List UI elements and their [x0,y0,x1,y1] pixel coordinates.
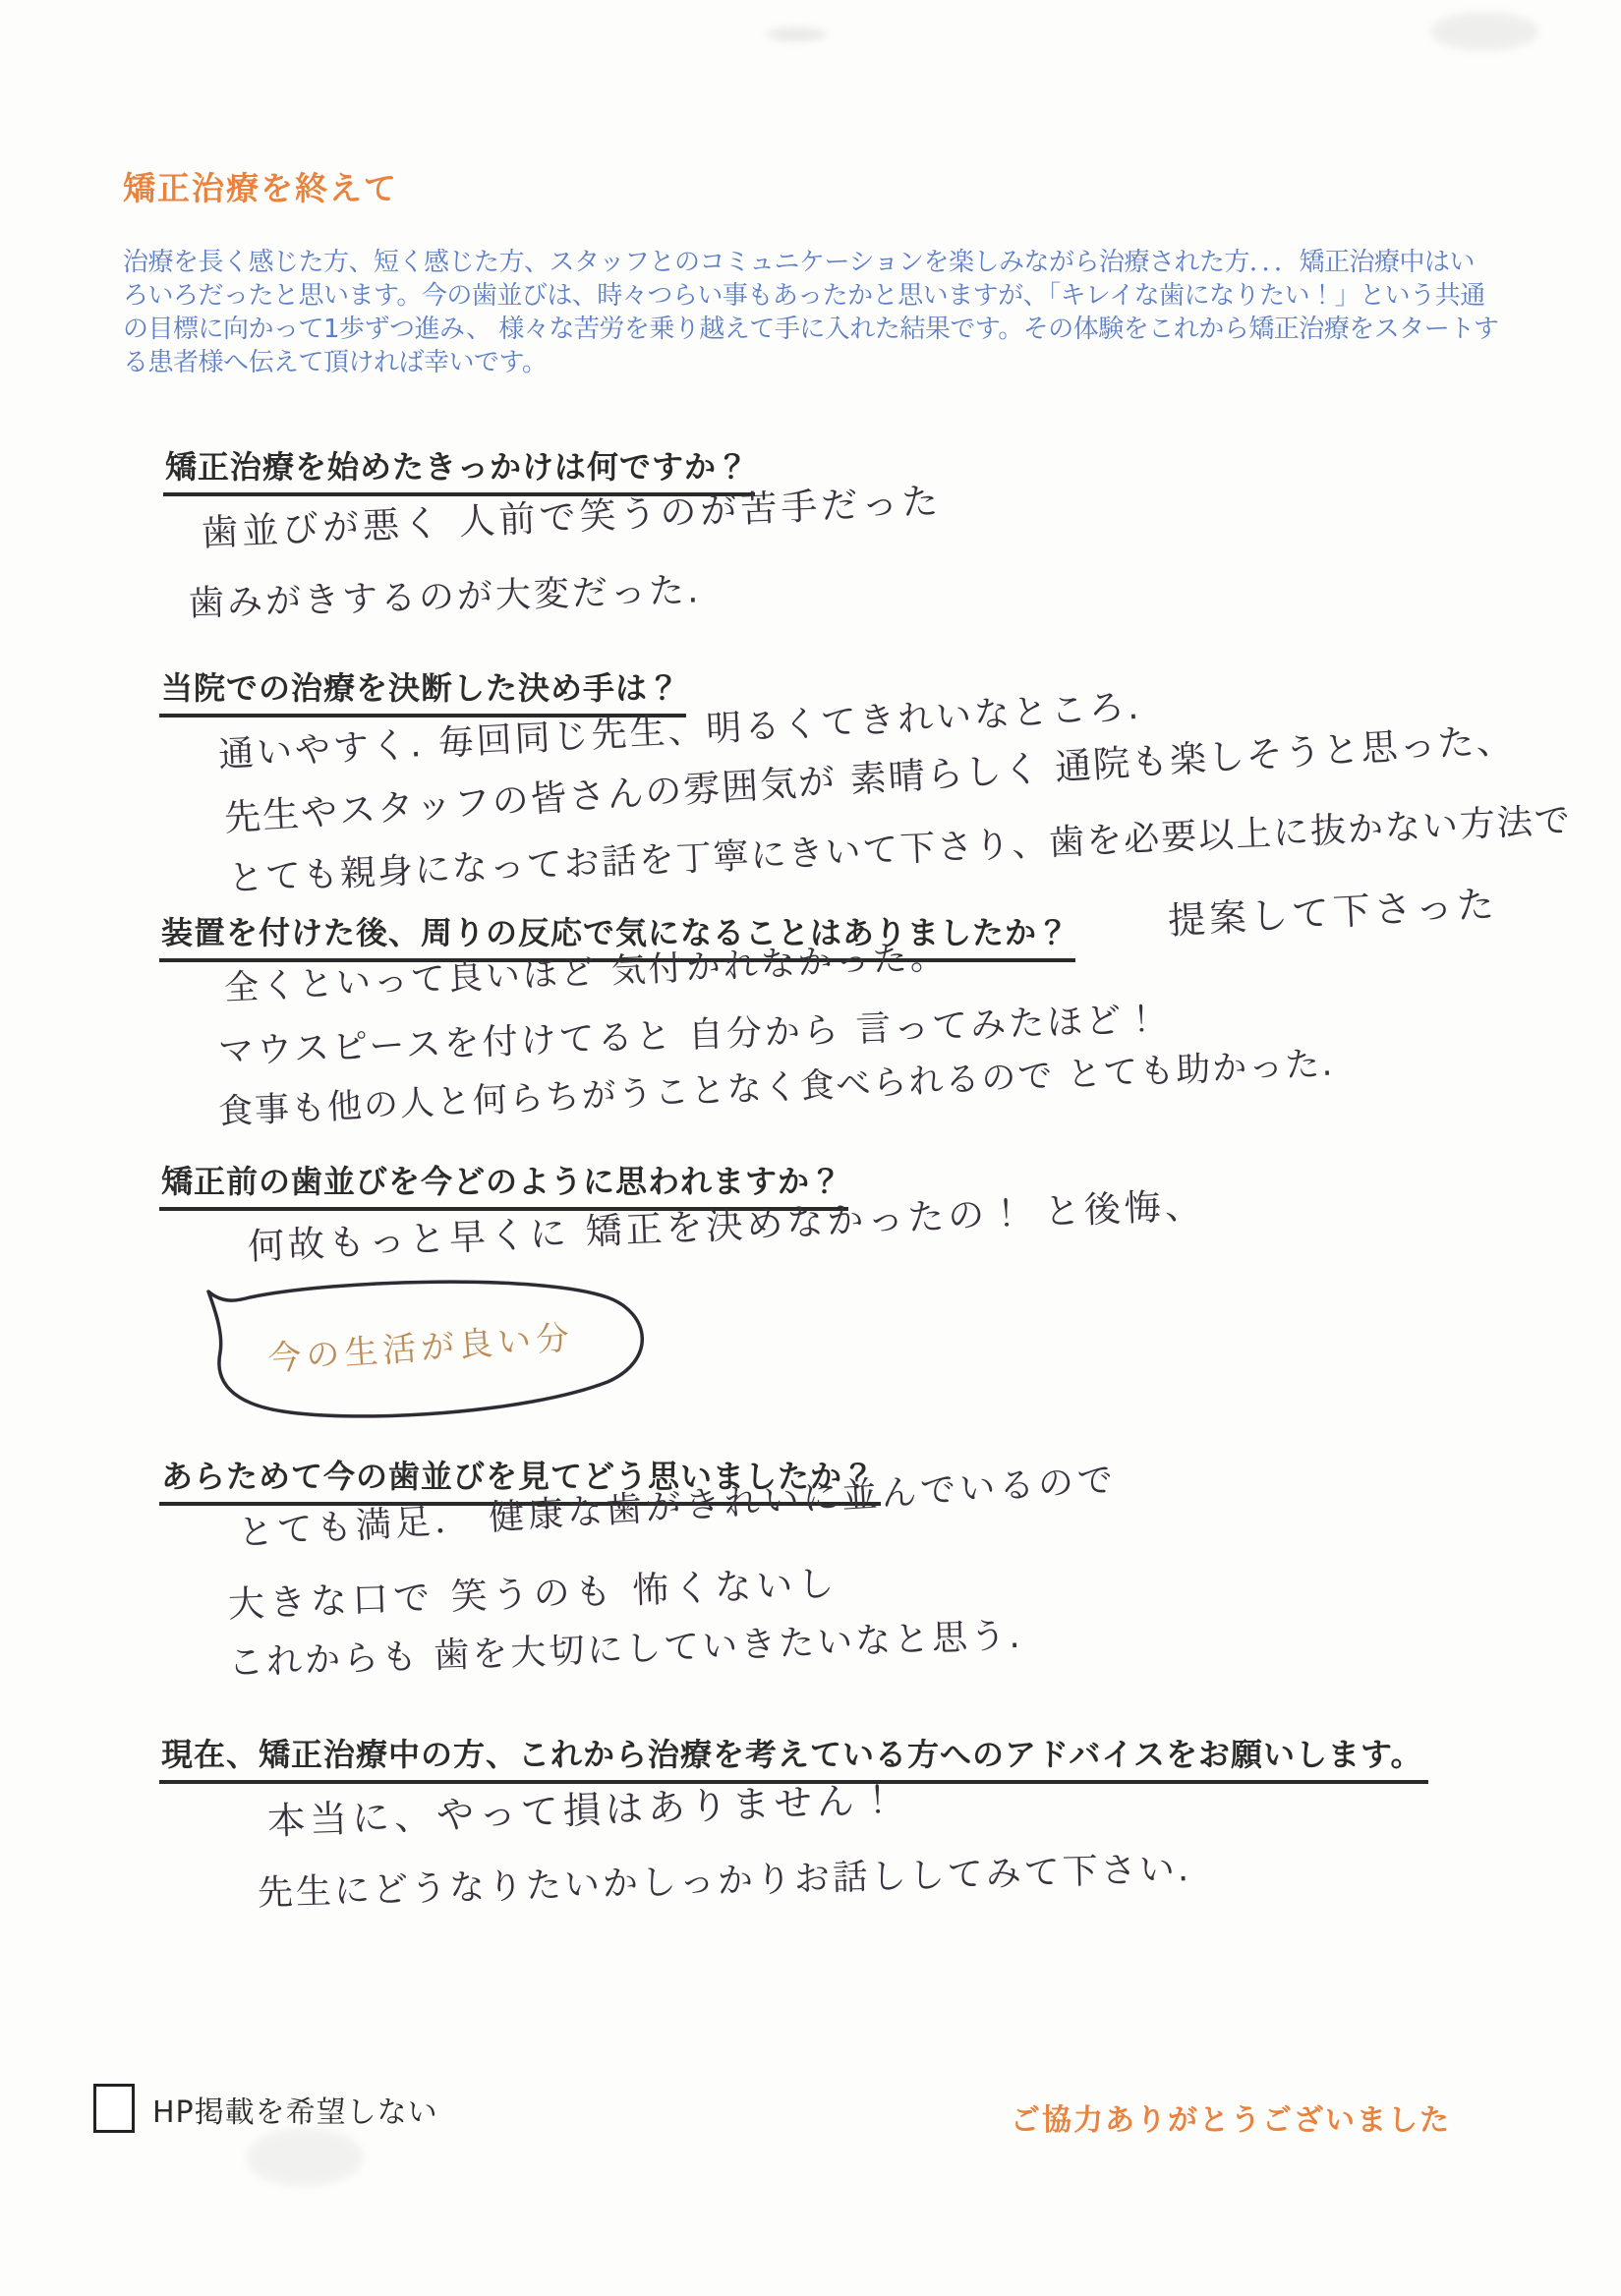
page-title: 矯正治療を終えて [123,163,398,209]
scan-artifact [1430,12,1538,51]
intro-line: の目標に向かって1歩ずつ進み、 様々な苦労を乗り越えて手に入れた結果です。その体… [123,313,1499,346]
thanks-note: ご協力ありがとうございました [1011,2095,1451,2139]
circle-annotation: 今の生活が良い分 [206,1274,678,1431]
scanned-survey-page: 矯正治療を終えて 治療を長く感じた方、短く感じた方、スタッフとのコミュニケーショ… [0,0,1621,2296]
handwritten-answer-2-line-4: 提案して下さった [1167,873,1499,945]
hp-optout-label: HP掲載を希望しない [152,2084,438,2131]
intro-line: る患者様へ伝えて頂ければ幸いです。 [123,346,1499,379]
scan-artifact [767,28,826,41]
scan-artifact [246,2128,364,2187]
intro-paragraph: 治療を長く感じた方、短く感じた方、スタッフとのコミュニケーションを楽しみながら治… [123,246,1499,379]
intro-line: 治療を長く感じた方、短く感じた方、スタッフとのコミュニケーションを楽しみながら治… [123,246,1499,279]
hp-optout-checkbox[interactable] [93,2084,135,2133]
intro-line: ろいろだったと思います。今の歯並びは、時々つらい事もあったかと思いますが、「キレ… [123,279,1499,313]
handwritten-answer-1-line-2: 歯みがきするのが大変だった. [188,562,702,626]
hp-publish-optout: HP掲載を希望しない [93,2084,438,2133]
handwritten-answer-6-line-2: 先生にどうなりたいかしっかりお話ししてみて下さい. [257,1841,1191,1916]
